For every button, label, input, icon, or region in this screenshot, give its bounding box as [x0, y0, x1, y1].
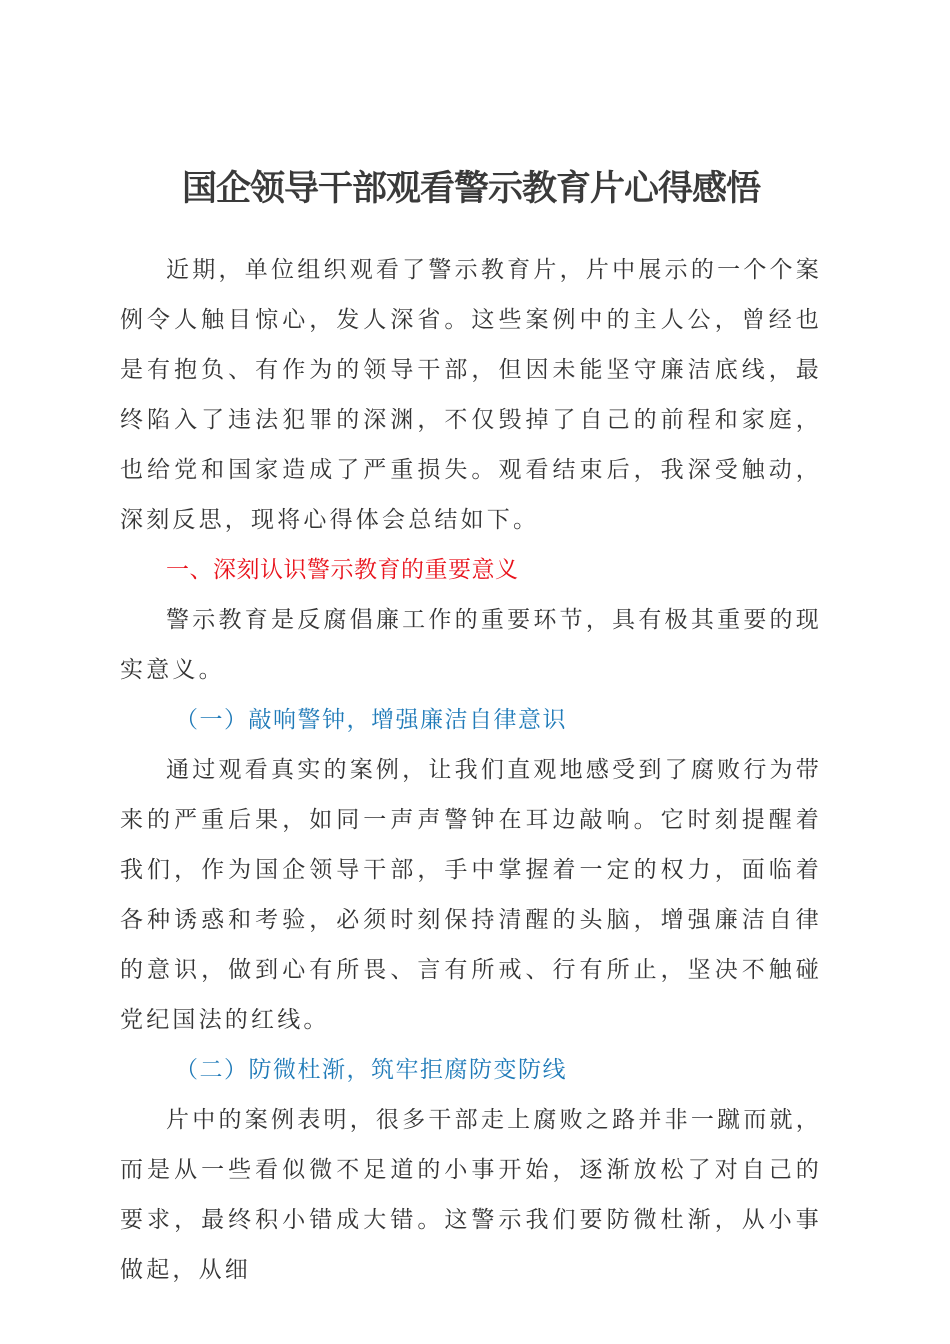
intro-paragraph: 近期，单位组织观看了警示教育片，片中展示的一个个案例令人触目惊心，发人深省。这些… [120, 245, 822, 545]
document-body: 近期，单位组织观看了警示教育片，片中展示的一个个案例令人触目惊心，发人深省。这些… [120, 245, 822, 1295]
subsection-2-paragraph: 片中的案例表明，很多干部走上腐败之路并非一蹴而就，而是从一些看似微不足道的小事开… [120, 1095, 822, 1295]
subsection-heading-1: （一）敲响警钟，增强廉洁自律意识 [120, 695, 822, 745]
subsection-1-paragraph: 通过观看真实的案例，让我们直观地感受到了腐败行为带来的严重后果，如同一声声警钟在… [120, 745, 822, 1045]
section-1-intro-paragraph: 警示教育是反腐倡廉工作的重要环节，具有极其重要的现实意义。 [120, 595, 822, 695]
document-title: 国企领导干部观看警示教育片心得感悟 [120, 163, 822, 215]
subsection-heading-2: （二）防微杜渐，筑牢拒腐防变防线 [120, 1045, 822, 1095]
section-heading-1: 一、深刻认识警示教育的重要意义 [120, 545, 822, 595]
